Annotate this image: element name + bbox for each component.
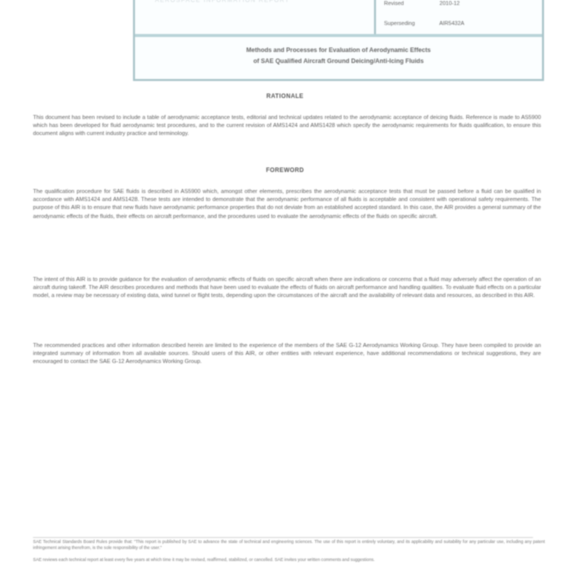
foreword-paragraph-1: The qualification procedure for SAE flui… [33,188,541,221]
document-title: Methods and Processes for Evaluation of … [135,45,542,67]
rationale-heading: RATIONALE [0,94,570,100]
logo-text: AEROSPACE INFORMATION REPORT [155,0,290,4]
revision-info: Revised 2010-12 Superseding AIR5432A [376,0,542,34]
header-top-row: AEROSPACE INFORMATION REPORT Revised 201… [135,0,542,37]
superseding-value: AIR5432A [439,21,464,27]
revised-label: Revised [384,1,438,7]
foreword-heading: FOREWORD [0,168,570,174]
document-header: AEROSPACE INFORMATION REPORT Revised 201… [133,0,544,81]
title-line-2: of SAE Qualified Aircraft Ground Deicing… [135,56,542,67]
revised-value: 2010-12 [440,1,460,7]
footer-review-note: SAE reviews each technical report at lea… [33,557,545,563]
footer-disclaimer: SAE Technical Standards Board Rules prov… [33,539,545,550]
title-line-1: Methods and Processes for Evaluation of … [135,45,542,56]
foreword-paragraph-2: The intent of this AIR is to provide gui… [33,276,541,301]
superseding-row: Superseding AIR5432A [384,21,464,27]
logo-cell: AEROSPACE INFORMATION REPORT [135,0,376,34]
footer-divider [33,537,533,538]
document-page: AEROSPACE INFORMATION REPORT Revised 201… [0,0,570,570]
superseding-label: Superseding [384,21,438,27]
foreword-paragraph-3: The recommended practices and other info… [33,342,541,367]
rationale-paragraph: This document has been revised to includ… [33,114,541,139]
revised-row: Revised 2010-12 [384,1,460,7]
